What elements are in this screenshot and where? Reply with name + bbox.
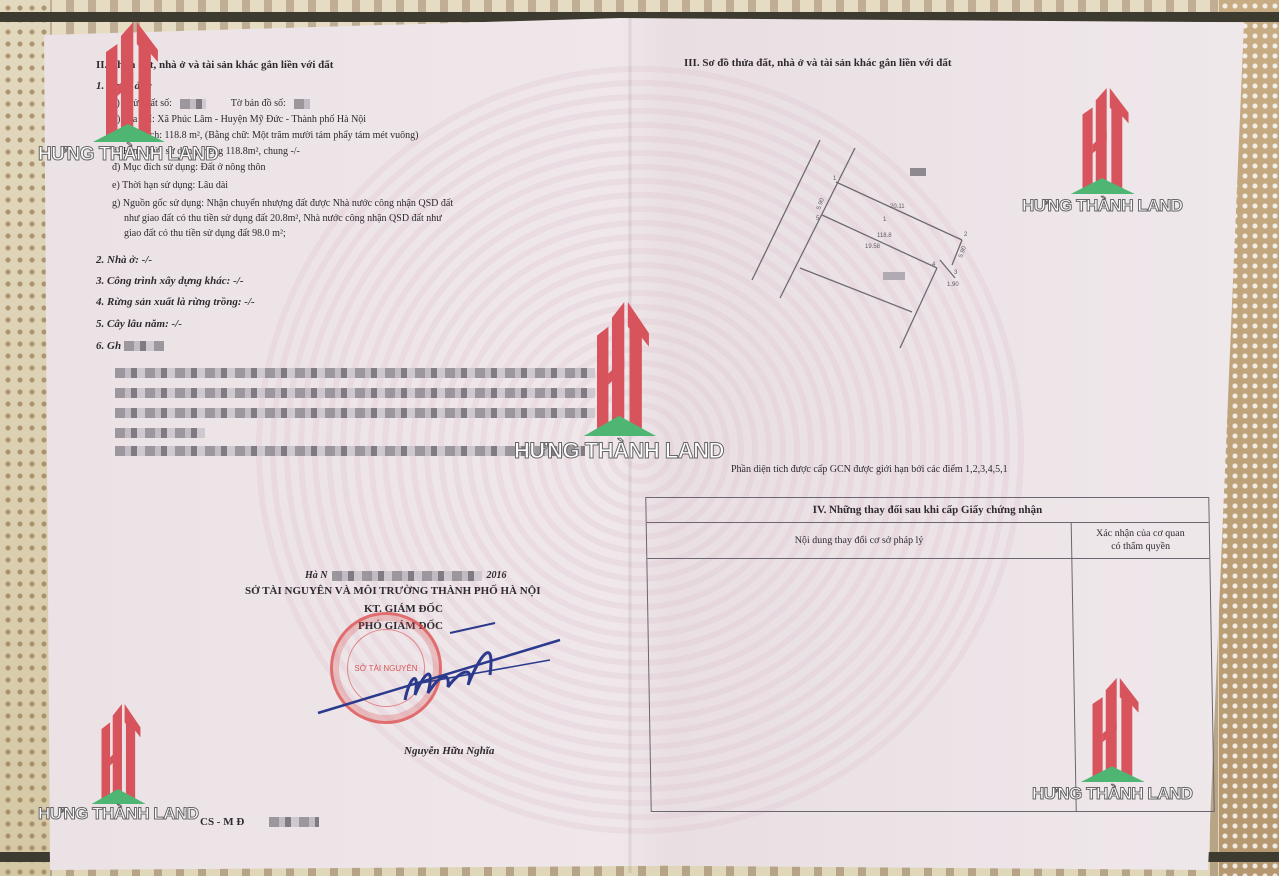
origin-line-1: g) Nguồn gốc sử dụng: Nhận chuyển nhượng… — [112, 198, 453, 209]
ht-logo-icon — [85, 704, 151, 804]
item-house: 2. Nhà ở: -/- — [96, 254, 152, 266]
redacted-date — [332, 571, 482, 581]
section-title-diagram: III. Sơ đồ thửa đất, nhà ở và tài sản kh… — [684, 57, 952, 69]
ht-logo-icon — [84, 22, 172, 142]
bottom-edge-length: 19.58 — [865, 244, 881, 250]
corner-note: 1.90 — [947, 282, 959, 288]
redacted-north-note — [910, 168, 926, 176]
col-header-change-content: Nội dung thay đổi cơ sở pháp lý — [647, 522, 1072, 558]
term-label: e) Thời hạn sử dụng: — [112, 180, 195, 191]
point-label: 2 — [964, 232, 968, 238]
date-prefix: Hà N — [305, 570, 328, 581]
item-perennial-trees: 5. Cây lâu năm: -/- — [96, 318, 182, 330]
col2-line1: Xác nhận của cơ quan — [1096, 527, 1185, 540]
watermark-logo — [1073, 678, 1151, 782]
item-label: 6. Gh — [96, 340, 121, 352]
point-label: 1 — [833, 176, 837, 182]
item-value: -/- — [142, 254, 152, 266]
parcel-area: 118.8 — [877, 233, 892, 239]
watermark-bottom-right: HƯNG THÀNH LAND — [1032, 678, 1193, 804]
top-edge-length: 20.11 — [890, 204, 905, 210]
item-label: 2. Nhà ở: — [96, 254, 139, 266]
signing-date: Hà N 2016 — [305, 570, 507, 581]
point-label: 3 — [954, 270, 958, 276]
watermark-label: HƯNG THÀNH LAND — [1032, 784, 1193, 804]
col2-line2: có thẩm quyền — [1111, 540, 1170, 553]
origin-value-1: Nhận chuyển nhượng đất được Nhà nước côn… — [207, 198, 454, 209]
parcel-number: 1 — [883, 217, 887, 223]
agency-name: SỞ TÀI NGUYÊN VÀ MÔI TRƯỜNG THÀNH PHỐ HÀ… — [245, 585, 541, 597]
watermark-label: HƯNG THÀNH LAND — [38, 804, 199, 824]
watermark-label: HƯNG THÀNH LAND — [514, 438, 724, 464]
watermark-label: HƯNG THÀNH LAND — [1022, 196, 1183, 216]
term-value: Lâu dài — [198, 180, 228, 191]
item-planted-forest: 4. Rừng sản xuất là rừng trồng: -/- — [96, 296, 255, 308]
redacted-neighbor-parcel — [883, 272, 905, 280]
item-label: 3. Công trình xây dựng khác: — [96, 275, 230, 287]
item-value: -/- — [233, 275, 243, 287]
origin-line-2: như giao đất có thu tiền sử dụng đất 20.… — [124, 213, 442, 224]
item-value: -/- — [244, 296, 254, 308]
ht-logo-icon — [1073, 678, 1151, 782]
redacted-map-sheet — [294, 99, 310, 109]
item-notes: 6. Gh — [96, 340, 164, 352]
date-year: 2016 — [487, 570, 507, 581]
origin-label: g) Nguồn gốc sử dụng: — [112, 198, 204, 209]
serial-number: CS - M Đ — [200, 816, 319, 828]
col-header-authority-confirmation: Xác nhận của cơ quan có thẩm quyền — [1072, 522, 1210, 558]
redacted-notes-title — [124, 341, 164, 351]
watermark-top-right: HƯNG THÀNH LAND — [1022, 88, 1183, 216]
serial-suffix: CS - M Đ — [200, 816, 244, 828]
map-sheet-label: Tờ bản đồ số: — [231, 98, 286, 109]
origin-line-3: giao đất có thu tiền sử dụng đất 98.0 m²… — [124, 228, 286, 239]
watermark-logo — [85, 704, 151, 804]
term-line: e) Thời hạn sử dụng: Lâu dài — [112, 180, 228, 191]
signature-stroke — [310, 615, 570, 725]
watermark-logo — [84, 22, 172, 142]
redacted-serial — [269, 817, 319, 827]
item-label: 5. Cây lâu năm: — [96, 318, 169, 330]
ht-logo-icon — [1063, 88, 1141, 194]
item-value: -/- — [171, 318, 181, 330]
redacted-line — [115, 428, 205, 438]
parcel-diagram: 20.11 1 118.8 19.58 5.90 5.90 1.90 1 2 3… — [740, 140, 980, 350]
item-label: 4. Rừng sản xuất là rừng trồng: — [96, 296, 242, 308]
watermark-center: HƯNG THÀNH LAND — [514, 302, 724, 464]
watermark-logo — [1063, 88, 1141, 194]
boundary-note: Phần diện tích được cấp GCN được giới hạ… — [731, 464, 1008, 475]
item-other-construction: 3. Công trình xây dựng khác: -/- — [96, 275, 243, 287]
ht-logo-icon — [575, 302, 663, 436]
signer-name: Nguyễn Hữu Nghĩa — [404, 745, 494, 757]
watermark-label: HƯNG THÀNH LAND — [38, 144, 218, 166]
changes-table-title: IV. Những thay đổi sau khi cấp Giấy chứn… — [646, 498, 1208, 523]
watermark-logo — [575, 302, 663, 436]
watermark-bottom-left: HƯNG THÀNH LAND — [38, 704, 199, 824]
watermark-top-left: HƯNG THÀNH LAND — [38, 22, 218, 166]
